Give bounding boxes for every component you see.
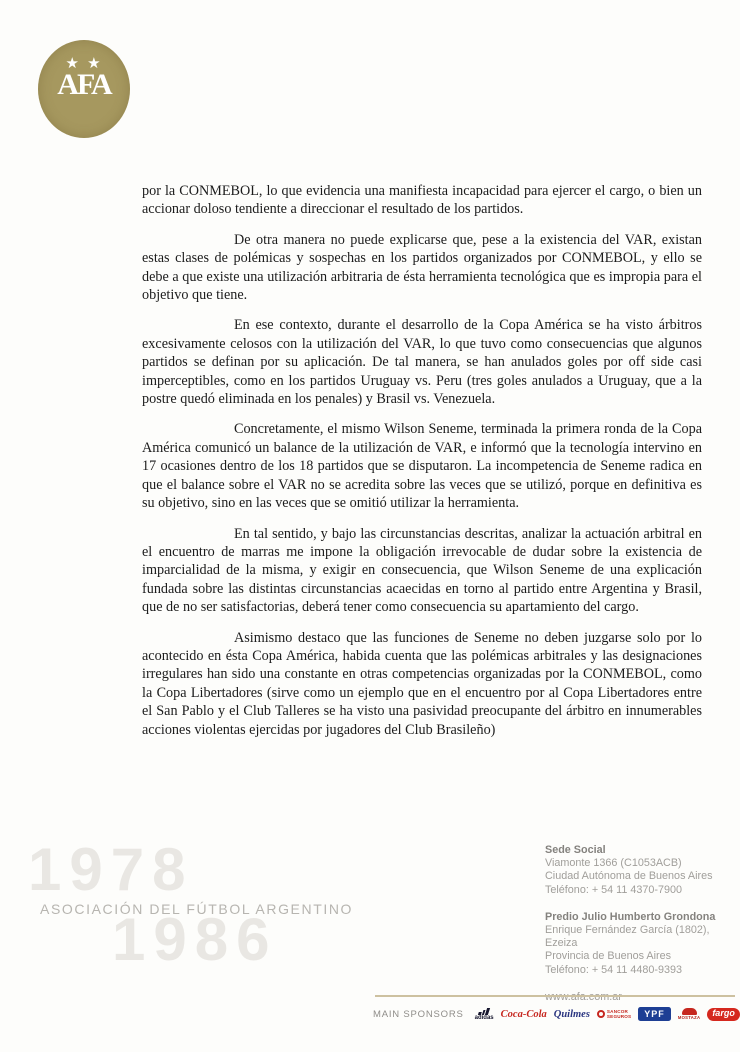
address-line: Provincia de Buenos Aires bbox=[545, 950, 730, 963]
address-line: Ciudad Autónoma de Buenos Aires bbox=[545, 870, 730, 883]
address-sede-social: Sede Social Viamonte 1366 (C1053ACB) Ciu… bbox=[545, 844, 730, 897]
paragraph-4: Concretamente, el mismo Wilson Seneme, t… bbox=[142, 420, 702, 512]
sponsor-logo-ypf: YPF bbox=[638, 1007, 671, 1021]
sponsors-divider bbox=[375, 995, 735, 997]
sponsors-label: MAIN SPONSORS bbox=[373, 1009, 464, 1020]
sponsors-row: MAIN SPONSORS adidas Coca-Cola Quilmes S… bbox=[373, 1002, 737, 1026]
paragraph-2: De otra manera no puede explicarse que, … bbox=[142, 231, 702, 305]
sancor-wordmark: SANCOR SEGUROS bbox=[607, 1009, 631, 1019]
sponsor-logo-fargo: fargo bbox=[707, 1008, 740, 1021]
paragraph-5: En tal sentido, y bajo las circunstancia… bbox=[142, 525, 702, 617]
address-line: Teléfono: + 54 11 4370-7900 bbox=[545, 884, 730, 897]
mostaza-burger-icon bbox=[682, 1008, 697, 1015]
address-line: Viamonte 1366 (C1053ACB) bbox=[545, 857, 730, 870]
sponsor-logo-adidas: adidas bbox=[475, 1008, 494, 1021]
address-line: Teléfono: + 54 11 4480-9393 bbox=[545, 964, 730, 977]
paragraph-3: En ese contexto, durante el desarrollo d… bbox=[142, 316, 702, 408]
address-line: Enrique Fernández García (1802), Ezeiza bbox=[545, 924, 730, 950]
address-title: Predio Julio Humberto Grondona bbox=[545, 911, 730, 924]
footer-contact-column: Sede Social Viamonte 1366 (C1053ACB) Ciu… bbox=[545, 844, 730, 1004]
sancor-ring-icon bbox=[597, 1010, 605, 1018]
sancor-line-2: SEGUROS bbox=[607, 1014, 631, 1019]
address-title: Sede Social bbox=[545, 844, 730, 857]
sponsor-logo-quilmes: Quilmes bbox=[554, 1009, 590, 1020]
sponsor-logo-sancor-seguros: SANCOR SEGUROS bbox=[597, 1009, 631, 1019]
watermark-year-1978: 1978 bbox=[28, 840, 193, 900]
address-predio: Predio Julio Humberto Grondona Enrique F… bbox=[545, 911, 730, 977]
afa-logo: ★ ★ AFA bbox=[38, 40, 130, 138]
paragraph-1: por la CONMEBOL, lo que evidencia una ma… bbox=[142, 182, 702, 219]
afa-monogram: AFA bbox=[57, 70, 110, 100]
adidas-wordmark: adidas bbox=[475, 1015, 494, 1021]
sponsor-logo-mostaza: MOSTAZA bbox=[678, 1008, 701, 1020]
adidas-trefoil-icon bbox=[478, 1008, 490, 1015]
paragraph-6: Asimismo destaco que las funciones de Se… bbox=[142, 629, 702, 739]
letter-body: por la CONMEBOL, lo que evidencia una ma… bbox=[142, 182, 702, 751]
sponsor-logo-coca-cola: Coca-Cola bbox=[501, 1009, 547, 1020]
letter-page: ★ ★ AFA por la CONMEBOL, lo que evidenci… bbox=[0, 0, 740, 1052]
watermark-year-1986: 1986 bbox=[112, 910, 277, 970]
mostaza-wordmark: MOSTAZA bbox=[678, 1015, 701, 1020]
